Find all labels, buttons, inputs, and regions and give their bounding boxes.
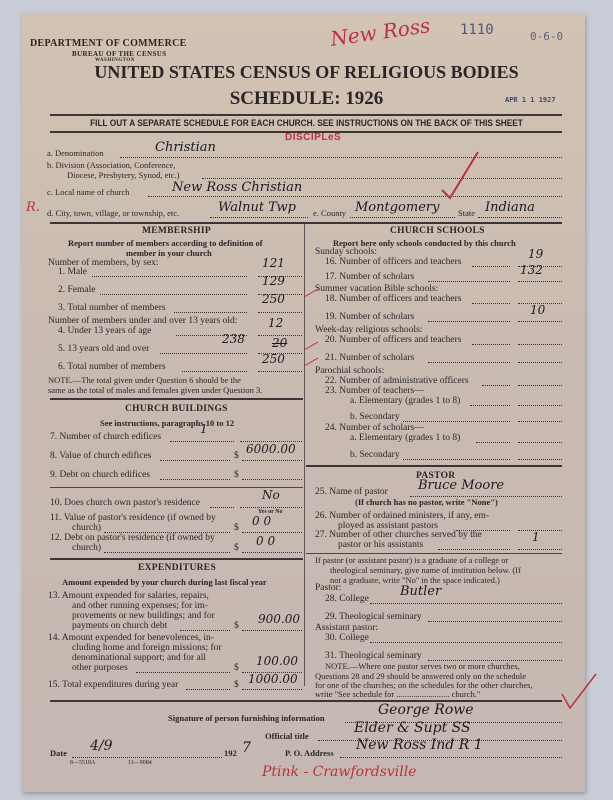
total-members-label: 3. Total number of members: [58, 303, 166, 313]
under-13-value: 12: [268, 316, 283, 330]
benevolence-label-2: cluding home and foreign missions; for: [72, 643, 222, 653]
pastor-college-label: 28. College: [325, 594, 369, 604]
assistant-college-label: 30. College: [325, 633, 369, 643]
edifices-count-leader: [170, 441, 234, 442]
pastor-residence-leader: [210, 507, 234, 508]
pastor-college-line: [370, 603, 562, 604]
red-check-mark-icon: [560, 672, 600, 712]
over-13-correction: 238: [222, 332, 245, 346]
residence-debt-label-1: 12. Debt on pastor's residence (if owned…: [50, 533, 215, 543]
pastor-seminary-line: [428, 621, 562, 622]
bureau-label: BUREAU OF THE CENSUS: [72, 50, 167, 58]
total-members-age-value: 250: [262, 352, 285, 366]
residence-value-currency: $: [234, 523, 239, 533]
pastor-subheading: Pastor:: [315, 583, 341, 593]
denomination-label: a. Denomination: [47, 148, 104, 158]
sunday-officers-value: 19: [528, 247, 543, 261]
local-name-value: New Ross Christian: [172, 180, 302, 195]
schools-rule: [306, 465, 562, 467]
sunday-schools-label: Sunday schools:: [315, 247, 377, 257]
assistant-ministers-line: [518, 530, 562, 531]
assistant-ministers-label-1: 26. Number of ordained ministers, if any…: [315, 511, 489, 521]
state-line: [478, 217, 562, 218]
membership-note-1: NOTE.—The total given under Question 6 s…: [48, 375, 241, 385]
parochial-teachers-elem-leader: [470, 405, 510, 406]
expenditures-subtitle: Amount expended by your church during la…: [62, 577, 267, 587]
department-label: DEPARTMENT OF COMMERCE: [30, 38, 187, 49]
pastor-residence-line: [240, 507, 302, 508]
parochial-scholars-sec-label: b. Secondary: [350, 450, 400, 460]
assistant-college-line: [370, 642, 562, 643]
graduate-note-2: theological seminary, give name of insti…: [330, 565, 521, 575]
summer-scholars-line: [518, 321, 562, 322]
pastor-college-value: Butler: [400, 584, 441, 599]
division-label-1: b. Division (Association, Conference,: [47, 160, 175, 170]
assistant-seminary-label: 31. Theological seminary: [325, 651, 422, 661]
weekday-officers-leader: [472, 344, 510, 345]
parochial-teachers-sec-leader: [403, 421, 510, 422]
edifices-value-value: 6000.00: [246, 442, 296, 456]
edifices-debt-label: 9. Debt on church edifices: [50, 470, 150, 480]
weekday-officers-label: 20. Number of officers and teachers: [325, 335, 461, 345]
total-expenditure-value: 1000.00: [248, 672, 298, 686]
pastor-name-label: 25. Name of pastor: [315, 487, 388, 497]
female-label: 2. Female: [58, 285, 95, 295]
total-members-line: [258, 312, 302, 313]
operating-expense-leader: [180, 630, 230, 631]
stamp-number: 1110: [460, 22, 494, 38]
pastor-seminary-label: 29. Theological seminary: [325, 612, 422, 622]
print-number: 11—9084: [128, 760, 152, 766]
parochial-scholars-elem-label: a. Elementary (grades 1 to 8): [350, 433, 460, 443]
membership-subtitle-1: Report number of members according to de…: [68, 238, 263, 248]
division-line: [202, 178, 562, 179]
parochial-scholars-elem-leader: [476, 442, 510, 443]
parochial-admin-leader: [482, 385, 510, 386]
residence-debt-currency: $: [234, 543, 239, 553]
membership-subtitle-2: member in your church: [126, 248, 212, 258]
summer-officers-leader: [472, 303, 510, 304]
operating-expense-value: 900.00: [258, 612, 300, 626]
operating-expense-currency: $: [234, 621, 239, 631]
po-address-value: New Ross Ind R 1: [356, 737, 483, 753]
signature-label: Signature of person furnishing informati…: [168, 713, 325, 723]
red-arrow-mark-icon: [302, 340, 322, 370]
graduate-note-1: If pastor (or assistant pastor) is a gra…: [315, 555, 508, 565]
denomination-value: Christian: [155, 140, 216, 155]
city-value: Walnut Twp: [218, 200, 296, 215]
female-value: 129: [262, 274, 285, 288]
edifices-debt-line: [242, 479, 302, 480]
edifices-count-value: 1: [200, 422, 208, 436]
total-members-value: 250: [262, 292, 285, 306]
edifices-debt-currency: $: [234, 470, 239, 480]
pastor-note-4: write "See schedule for ................…: [315, 689, 480, 699]
male-value: 121: [262, 256, 285, 270]
edifices-value-line: [242, 460, 302, 461]
membership-rule: [50, 398, 303, 400]
official-title-label: Official title: [265, 731, 309, 741]
official-title-value: Elder & Supt SS: [354, 720, 471, 736]
pastor-name-hint: (If church has no pastor, write "None"): [355, 497, 498, 507]
county-label: e. County: [313, 208, 346, 218]
date-label: Date: [50, 748, 67, 758]
pastor-residence-value: No: [262, 488, 280, 502]
sunday-scholars-label: 17. Number of scholars: [325, 272, 414, 282]
total-expenditure-currency: $: [234, 680, 239, 690]
over-13-label: 5. 13 years old and over: [58, 344, 149, 354]
received-date-stamp: APR 1 1 1927: [505, 96, 556, 104]
female-leader: [100, 294, 247, 295]
summer-scholars-leader: [428, 321, 510, 322]
po-address-line: [340, 757, 562, 758]
weekday-scholars-line: [518, 362, 562, 363]
instructions-banner: FILL OUT A SEPARATE SCHEDULE FOR EACH CH…: [25, 118, 589, 128]
total-members-age-leader: [182, 371, 247, 372]
edifices-value-leader: [160, 460, 230, 461]
red-handwritten-note: Ptink - Crawfordsville: [262, 764, 416, 780]
pastor-name-value: Bruce Moore: [418, 478, 504, 493]
weekday-scholars-leader: [428, 362, 510, 363]
sunday-officers-label: 16. Number of officers and teachers: [325, 257, 461, 267]
edifices-value-currency: $: [234, 451, 239, 461]
city-label-field: d. City, town, village, or township, etc…: [47, 208, 179, 218]
weekday-officers-line: [518, 344, 562, 345]
benevolence-value: 100.00: [256, 654, 298, 668]
operating-expense-label-1: 13. Amount expended for salaries, repair…: [48, 591, 209, 601]
operating-expense-label-2: and other running expenses; for im-: [72, 601, 208, 611]
operating-expense-label-3: provements or new buildings; and for: [72, 611, 215, 621]
operating-expense-label-4: payments on church debt: [72, 621, 167, 631]
benevolence-leader: [136, 672, 230, 673]
edifices-value-label: 8. Value of church edifices: [50, 451, 151, 461]
buildings-rule: [50, 558, 303, 560]
summer-officers-label: 18. Number of officers and teachers: [325, 294, 461, 304]
other-churches-line: [518, 549, 562, 550]
schools-title: CHURCH SCHOOLS: [390, 226, 485, 236]
red-check-mark-icon: [440, 150, 480, 200]
other-churches-value: 1: [532, 530, 540, 544]
benevolence-label-3: denominational support; and for all: [72, 653, 206, 663]
parochial-schools-label: Parochial schools:: [315, 366, 384, 376]
year-digit: 7: [242, 740, 251, 756]
total-members-age-line: [258, 371, 302, 372]
benevolence-label-1: 14. Amount expended for benevolences, in…: [48, 633, 214, 643]
residence-debt-leader: [104, 552, 230, 553]
date-line: [72, 757, 222, 758]
stamp-code: 0-6-0: [530, 30, 563, 43]
age-group-label: Number of members under and over 13 year…: [48, 316, 237, 326]
pastor-note-1: NOTE.—Where one pastor serves two or mor…: [325, 661, 520, 671]
male-leader: [92, 276, 247, 277]
residence-debt-value: 0 0: [256, 534, 275, 548]
parochial-scholars-sec-leader: [403, 459, 510, 460]
body-bottom-rule: [50, 700, 562, 702]
buildings-subtitle: See instructions, paragraphs 10 to 12: [100, 418, 234, 428]
edifices-debt-leader: [160, 479, 230, 480]
residence-value-value: 0 0: [252, 514, 271, 528]
summer-schools-label: Summer vacation Bible schools:: [315, 284, 438, 294]
male-label: 1. Male: [58, 267, 87, 277]
parochial-teachers-sec-label: b. Secondary: [350, 412, 400, 422]
total-members-age-label: 6. Total number of members: [58, 362, 166, 372]
under-13-label: 4. Under 13 years of age: [58, 326, 151, 336]
total-expenditure-line: [242, 689, 302, 690]
total-expenditure-label: 15. Total expenditures during year: [48, 680, 178, 690]
disciples-stamp: DISCIPLeS: [285, 132, 341, 143]
year-prefix: 192: [224, 748, 237, 758]
benevolence-label-4: other purposes: [72, 663, 128, 673]
division-label-2: Diocese, Presbytery, Synod, etc.): [67, 170, 180, 180]
other-churches-leader: [438, 549, 510, 550]
sunday-scholars-line: [518, 281, 562, 282]
form-number: 8—5518A: [70, 760, 95, 766]
header-rule-top: [50, 114, 562, 116]
parochial-teachers-elem-label: a. Elementary (grades 1 to 8): [350, 396, 460, 406]
residence-value-label-2: church): [72, 523, 101, 533]
margin-mark: R.: [26, 200, 40, 215]
buildings-title: CHURCH BUILDINGS: [125, 404, 228, 414]
state-label: State: [458, 208, 475, 218]
sunday-officers-leader: [472, 266, 510, 267]
edifices-count-label: 7. Number of church edifices: [50, 432, 161, 442]
summer-scholars-label: 19. Number of scholars: [325, 312, 414, 322]
assistant-pastor-subheading: Assistant pastor:: [315, 623, 378, 633]
parochial-admin-line: [518, 385, 562, 386]
pastor-residence-label: 10. Does church own pastor's residence: [50, 498, 200, 508]
other-churches-label-2: pastor or his assistants: [338, 540, 423, 550]
parochial-teachers-elem-line: [518, 405, 562, 406]
parochial-scholars-sec-line: [518, 459, 562, 460]
expenditures-title: EXPENDITURES: [138, 563, 216, 573]
county-line: [350, 217, 455, 218]
local-name-label: c. Local name of church: [47, 187, 129, 197]
membership-note-2: same as the total of males and females g…: [48, 385, 262, 395]
membership-title: MEMBERSHIP: [142, 226, 211, 236]
summer-scholars-value: 10: [530, 303, 545, 317]
local-name-line: [148, 196, 562, 197]
sunday-scholars-value: 132: [520, 263, 543, 277]
date-value: 4/9: [90, 738, 113, 754]
document-title: UNITED STATES CENSUS OF RELIGIOUS BODIES: [0, 62, 613, 83]
weekday-schools-label: Week-day religious schools:: [315, 325, 422, 335]
po-address-label: P. O. Address: [285, 748, 334, 758]
operating-expense-line: [242, 630, 302, 631]
weekday-scholars-label: 21. Number of scholars: [325, 353, 414, 363]
residence-debt-line: [242, 552, 302, 553]
over-13-leader: [160, 353, 247, 354]
parochial-admin-label: 22. Number of administrative officers: [325, 376, 469, 386]
sunday-scholars-leader: [428, 281, 510, 282]
signature-value: George Rowe: [378, 702, 474, 718]
over-13-value: 20: [272, 336, 287, 350]
residence-debt-label-2: church): [72, 543, 101, 553]
parochial-teachers-label: 23. Number of teachers—: [325, 386, 424, 396]
parochial-scholars-label: 24. Number of scholars—: [325, 423, 424, 433]
denomination-line: [120, 157, 562, 158]
county-value: Montgomery: [355, 200, 439, 215]
identity-rule: [50, 222, 562, 224]
total-members-leader: [174, 312, 247, 313]
red-arrow-mark-icon: [302, 285, 322, 305]
parochial-teachers-sec-line: [518, 421, 562, 422]
benevolence-currency: $: [234, 663, 239, 673]
parochial-scholars-elem-line: [518, 442, 562, 443]
total-expenditure-leader: [186, 689, 230, 690]
city-line: [210, 217, 308, 218]
residence-value-line: [242, 532, 302, 533]
state-value: Indiana: [485, 200, 535, 215]
pastor-mid-rule: [306, 553, 562, 554]
residence-value-label-1: 11. Value of pastor's residence (if owne…: [50, 513, 216, 523]
other-churches-label-1: 27. Number of other churches served by t…: [315, 530, 482, 540]
